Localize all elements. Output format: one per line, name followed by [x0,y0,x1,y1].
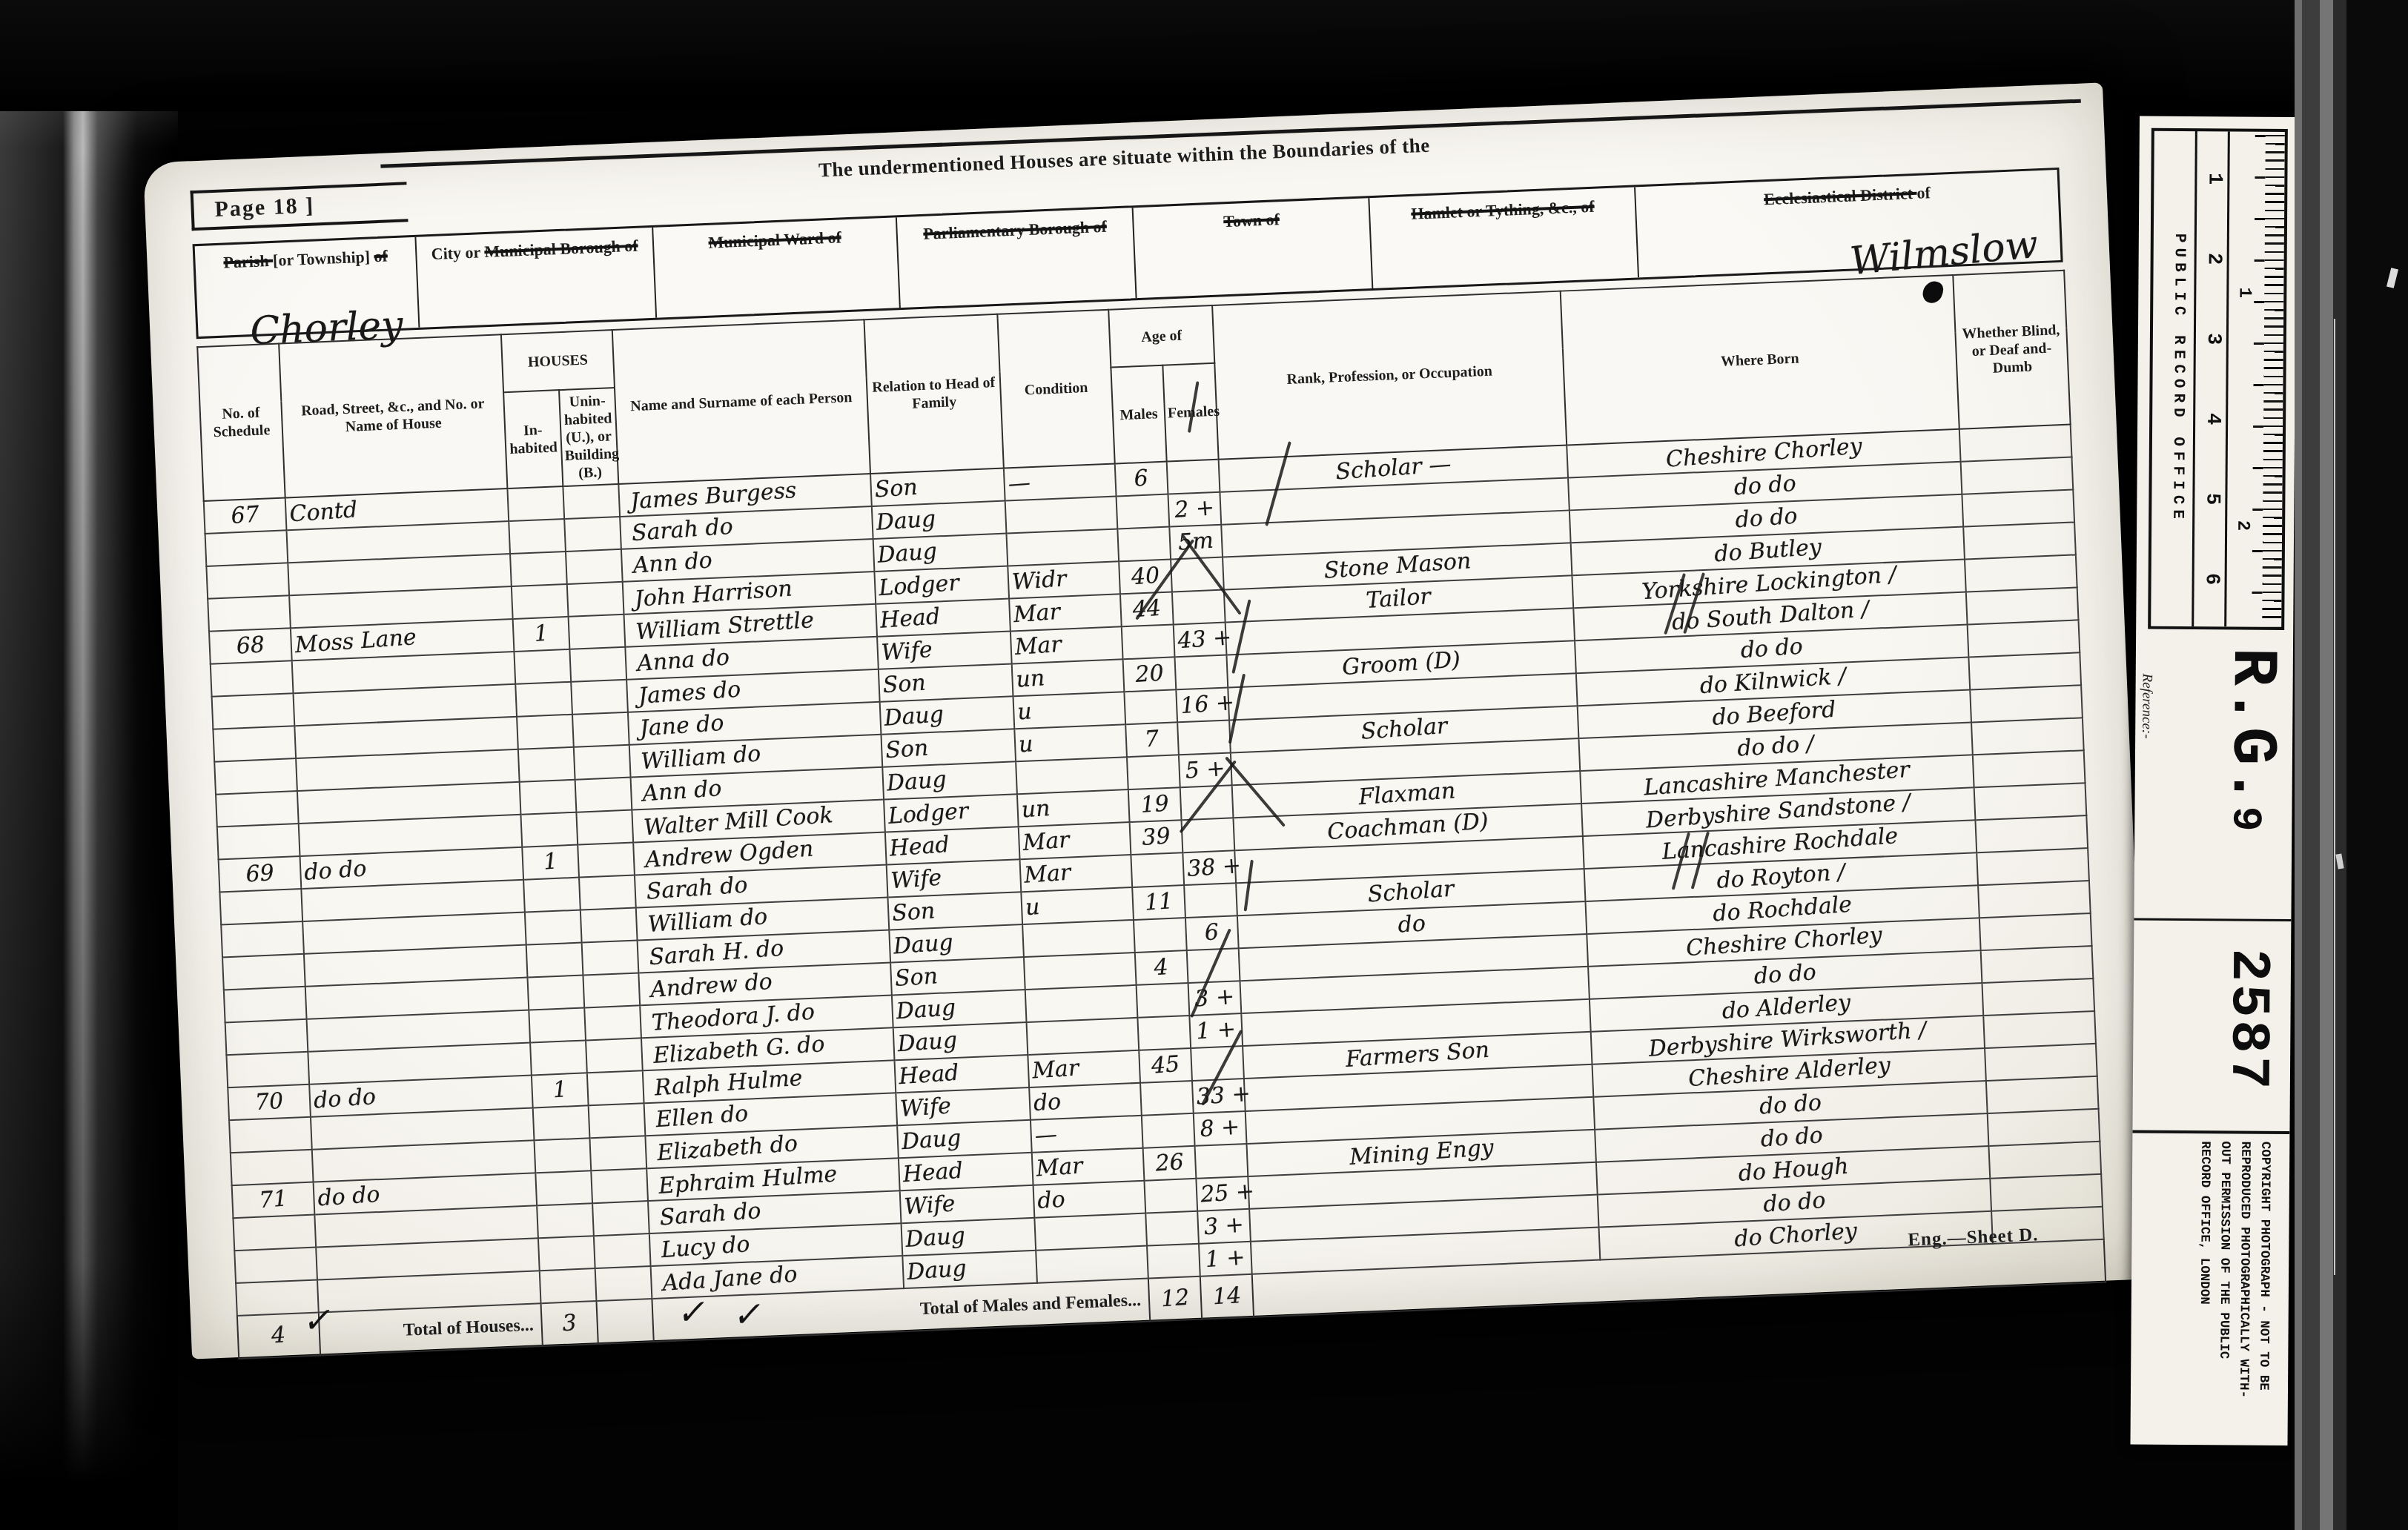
cell-relation: Lodger [884,794,1019,832]
cell-f: 8 + [1194,1111,1247,1146]
header-field-label: Ecclesiastical District of [1642,177,2052,214]
cell-condition: u [1014,724,1127,761]
cell-m [1144,1179,1197,1213]
cell-inh [512,584,569,619]
header-field: Ecclesiastical District ofWilmslow [1635,170,2060,277]
cell-uninh [572,712,629,747]
cell-relation: Head [885,827,1020,864]
cell-condition [1005,496,1118,533]
cell-f: 16 + [1176,688,1229,723]
film-edge-right [2295,0,2408,1530]
cell-uninh [578,843,635,878]
cell-uninh [569,647,626,682]
col-condition: Condition [997,310,1114,468]
cell-condition [1027,1018,1139,1055]
cell-m [1117,494,1170,529]
header-field-label: Municipal Ward of [659,225,890,255]
cell-f: 2 + [1168,492,1221,527]
cell-schedule [216,791,299,827]
cell-blind [1988,1142,2101,1179]
cell-m [1137,983,1190,1018]
cell-inh [507,486,564,521]
cell-schedule [233,1215,316,1251]
cell-uninh [582,940,639,975]
cell-condition: un [1012,659,1125,696]
cell-uninh [575,778,632,812]
cell-m: 6 [1115,462,1168,497]
cell-m [1127,755,1180,789]
cell-m: 26 [1143,1146,1197,1181]
cell-schedule: 67 [204,497,287,533]
cell-schedule [208,595,291,631]
cell-condition: Mar [1009,594,1122,631]
cell-uninh [595,1266,652,1301]
cell-m: 44 [1120,592,1174,626]
cell-f: 33 + [1192,1079,1246,1113]
cell-condition [1006,529,1119,566]
cell-m: 4 [1135,950,1188,985]
cell-relation: Daug [893,1022,1028,1060]
cell-schedule [221,921,304,957]
cell-schedule [222,954,305,990]
header-field: Hamlet or Tything, &c., of [1370,187,1640,288]
cell-condition: un [1017,789,1130,827]
cell-schedule: 68 [209,628,292,663]
cell-schedule [219,889,302,924]
cell-f: 1 + [1199,1242,1252,1276]
cell-blind [1988,1109,2100,1146]
cell-m [1140,1081,1194,1116]
cell-condition: — [1031,1116,1143,1153]
cell-f: 25 + [1196,1176,1249,1211]
cell-m [1142,1113,1195,1148]
cell-uninh [574,745,631,780]
cell-schedule [224,987,307,1022]
census-table: No. of Schedule Road, Street, &c., and N… [196,270,2106,1360]
cell-blind [1971,718,2084,755]
col-schedule: No. of Schedule [197,344,285,501]
total-houses-label: Total of Houses... [319,1303,543,1355]
cell-condition: u [1013,692,1125,729]
cell-condition: do [1029,1083,1142,1120]
cell-m [1131,852,1184,887]
cell-condition [1022,920,1135,957]
cell-f [1172,590,1225,625]
cell-relation: Daug [882,761,1017,799]
cell-blind [1978,881,2091,918]
cell-relation: Son [870,468,1005,506]
cell-uninh [587,1070,644,1105]
col-age-group: Age of [1108,305,1214,368]
census-rows: 67ContdJames BurgessSon—6Scholar —Cheshi… [204,425,2104,1316]
cell-blind [1961,457,2074,494]
header-field: Parish [or Township] ofChorley [195,237,420,337]
cell-m: 11 [1132,885,1185,920]
cell-uninh [566,549,623,584]
cell-inh [517,715,574,749]
total-schedules: 4 [271,1324,286,1347]
cell-uninh [586,1038,643,1073]
cell-m [1145,1211,1199,1246]
col-occupation: Rank, Profession, or Occupation [1212,291,1567,460]
cell-uninh [594,1233,651,1268]
cell-blind [1970,685,2083,722]
cell-m [1122,624,1175,659]
check-mark: ✓ [731,1294,761,1335]
col-relation: Relation to Head of Family [864,314,1003,474]
cell-blind [1982,978,2094,1016]
cell-uninh [589,1103,646,1138]
header-field: Municipal Ward of [653,217,901,317]
copyright-note: COPYRIGHT PHOTOGRAPH - NOT TO BEREPRODUC… [2130,1130,2289,1445]
col-road: Road, Street, &c., and No. or Name of Ho… [279,334,507,497]
col-born: Where Born [1561,275,1959,446]
cell-blind [1990,1174,2103,1211]
cell-f: 6 [1185,915,1239,950]
cell-schedule: 70 [228,1084,311,1120]
cell-schedule [225,1019,308,1055]
cell-condition [1025,985,1138,1022]
cell-uninh [589,1136,646,1170]
reference-label: Reference:- [2138,674,2155,739]
cell-schedule [213,726,296,761]
cell-inh [520,812,578,847]
cell-relation: Head [899,1153,1033,1190]
header-field-label: City or Municipal Borough of [423,235,646,265]
cell-m [1124,689,1177,724]
cell-schedule [206,563,289,598]
cell-condition: — [1004,464,1117,501]
cell-blind [1979,913,2092,950]
cell-f [1177,720,1231,755]
pro-office-label: PUBLIC RECORD OFFICE [2168,131,2189,626]
cell-relation: Head [894,1055,1029,1093]
cell-inh [510,552,567,586]
cell-inh [529,1007,586,1042]
cell-f: 3 + [1188,981,1242,1016]
col-houses-group: HOUSES [501,330,615,392]
piece-box: 2587 [2132,918,2291,1133]
cell-relation: Son [890,957,1025,995]
col-blind: Whether Blind, or Deaf and-Dumb [1953,271,2070,429]
scanned-census-photograph: Page 18 ] The undermentioned Houses are … [0,0,2408,1530]
cell-schedule: 69 [219,856,302,892]
cell-schedule [205,530,288,566]
cell-inh [515,682,572,717]
cell-blind [1986,1076,2099,1113]
cell-inh: 1 [522,845,579,880]
cell-blind [1981,946,2094,983]
cell-uninh [563,484,620,519]
cell-uninh [567,582,624,617]
cell-relation: Son [879,663,1013,701]
cell-inh [533,1105,590,1140]
cell-m [1117,527,1171,562]
total-males: 12 [1160,1287,1190,1311]
cell-relation: Son [881,729,1016,766]
total-houses-value: 3 [562,1312,578,1335]
cell-schedule [212,693,295,729]
cell-condition [1034,1213,1147,1251]
cell-f: 43 + [1174,623,1227,658]
total-females: 14 [1212,1285,1242,1309]
cell-relation: Lodger [874,566,1009,604]
cell-inh [535,1170,592,1205]
cell-relation: Daug [889,924,1024,962]
ruler-fine-ticks [2262,135,2285,624]
cell-inh [535,1138,592,1173]
cell-m: 45 [1139,1048,1192,1083]
cell-relation: Daug [902,1251,1037,1288]
cell-blind [1968,620,2080,657]
cell-uninh [580,907,638,942]
cell-m: 20 [1123,657,1177,692]
cell-m: 19 [1128,787,1182,822]
cell-f: 5 + [1179,752,1232,787]
cell-relation: Wife [877,631,1012,669]
header-field-label: Hamlet or Tything, &c., of [1376,195,1630,225]
check-mark: ✓ [675,1291,706,1333]
cell-uninh [571,680,628,715]
cell-relation: Wife [900,1185,1035,1223]
cell-inh [514,649,571,684]
cell-inh [520,780,577,815]
cell-condition [1016,757,1128,794]
ruler-cm-numbers: 123456 [2200,139,2226,619]
cell-blind [1966,587,2079,624]
cell-condition: Mar [1010,626,1123,663]
cell-uninh [592,1201,649,1236]
header-field-entry: Chorley [249,303,404,354]
cell-uninh [591,1168,648,1203]
cell-blind [1959,425,2072,462]
ruler: 12 123456 PUBLIC RECORD OFFICE [2148,128,2288,630]
piece-number: 2587 [2216,948,2279,1092]
cell-blind [1974,783,2087,820]
check-mark: ✓ [301,1299,331,1341]
cell-f [1167,460,1220,494]
cell-blind [1962,490,2074,527]
cell-condition: Mar [1032,1148,1145,1185]
cell-f [1195,1144,1248,1179]
cell-schedule [229,1117,312,1153]
cell-blind [1985,1044,2097,1081]
cell-uninh [576,810,633,845]
header-field-label: Town of [1139,206,1363,236]
cell-blind [1968,652,2081,689]
cell-inh [527,975,584,1010]
cell-condition: Mar [1028,1050,1140,1087]
cell-inh [518,747,575,782]
cell-schedule [211,660,294,696]
cell-relation: Head [876,599,1010,637]
cell-f [1180,785,1234,820]
ruler-inch-numbers: 12 [2229,131,2255,626]
col-uninhabited: Unin-habited (U.), or Building (B.) [559,388,618,486]
header-field-label: Parliamentary Borough of [903,216,1127,245]
cell-relation: Daug [872,501,1007,539]
cell-f: 38 + [1182,850,1236,885]
public-record-office-strip: 12 123456 PUBLIC RECORD OFFICE R.G.9 Ref… [2130,116,2297,1445]
cell-inh [523,878,580,913]
header-field: Parliamentary Borough of [897,208,1137,308]
cell-schedule [231,1150,314,1185]
cell-m: 39 [1130,820,1183,855]
cell-f [1184,883,1237,918]
cell-m [1137,1016,1191,1050]
cell-condition: do [1033,1181,1146,1218]
cell-condition: u [1021,887,1134,924]
col-name: Name and Surname of each Person [612,319,870,484]
cell-inh [538,1236,595,1271]
cell-uninh [569,615,626,649]
cell-condition [1024,953,1137,990]
cell-f: 3 + [1197,1209,1251,1244]
series-label: R.G.9 [2214,647,2289,833]
cell-inh [525,910,582,945]
cell-schedule [214,758,297,794]
cell-inh: 1 [532,1073,589,1107]
cell-condition [1036,1246,1148,1283]
cell-inh [537,1203,594,1238]
series-box: R.G.9 Reference:- [2134,629,2293,921]
cell-blind [1977,848,2089,885]
cell-uninh [584,1005,641,1040]
cell-blind [1973,750,2085,787]
cell-relation: Son [887,892,1022,930]
cell-schedule [234,1248,317,1283]
census-page: Page 18 ] The undermentioned Houses are … [143,82,2151,1359]
cell-relation: Daug [897,1120,1032,1158]
header-field: City or Municipal Borough of [417,228,657,328]
cell-schedule: 71 [232,1182,315,1218]
cell-relation: Daug [880,696,1015,734]
cell-blind [1963,522,2076,559]
cell-relation: Daug [873,534,1008,572]
col-inhabited: In-habited [503,390,563,489]
header-field: Town of [1134,198,1374,298]
cell-inh [526,943,583,978]
cell-blind [1965,554,2077,592]
cell-inh [530,1040,587,1075]
cell-schedule [226,1052,309,1087]
film-thread [2334,319,2335,1275]
cell-uninh [564,517,621,552]
cell-blind [1975,815,2088,852]
header-field-label: Parish [or Township] of [201,245,410,274]
cell-uninh [579,875,636,910]
cell-f [1175,655,1228,690]
cell-m: 7 [1125,722,1179,757]
cell-relation: Daug [892,990,1027,1027]
cell-schedule [217,824,300,859]
cell-m [1134,918,1187,953]
cell-condition: Widr [1008,561,1120,598]
cell-condition: Mar [1019,822,1131,859]
cell-inh: 1 [513,617,570,652]
cell-inh [509,519,566,554]
cell-inh [540,1268,597,1303]
cell-uninh [583,973,640,1007]
cell-relation: Wife [896,1087,1031,1125]
cell-m [1147,1244,1200,1279]
col-males: Males [1111,365,1166,464]
cell-condition: Mar [1020,855,1133,892]
cell-relation: Wife [887,859,1022,897]
cell-blind [1983,1011,2096,1048]
cell-relation: Daug [902,1218,1036,1256]
